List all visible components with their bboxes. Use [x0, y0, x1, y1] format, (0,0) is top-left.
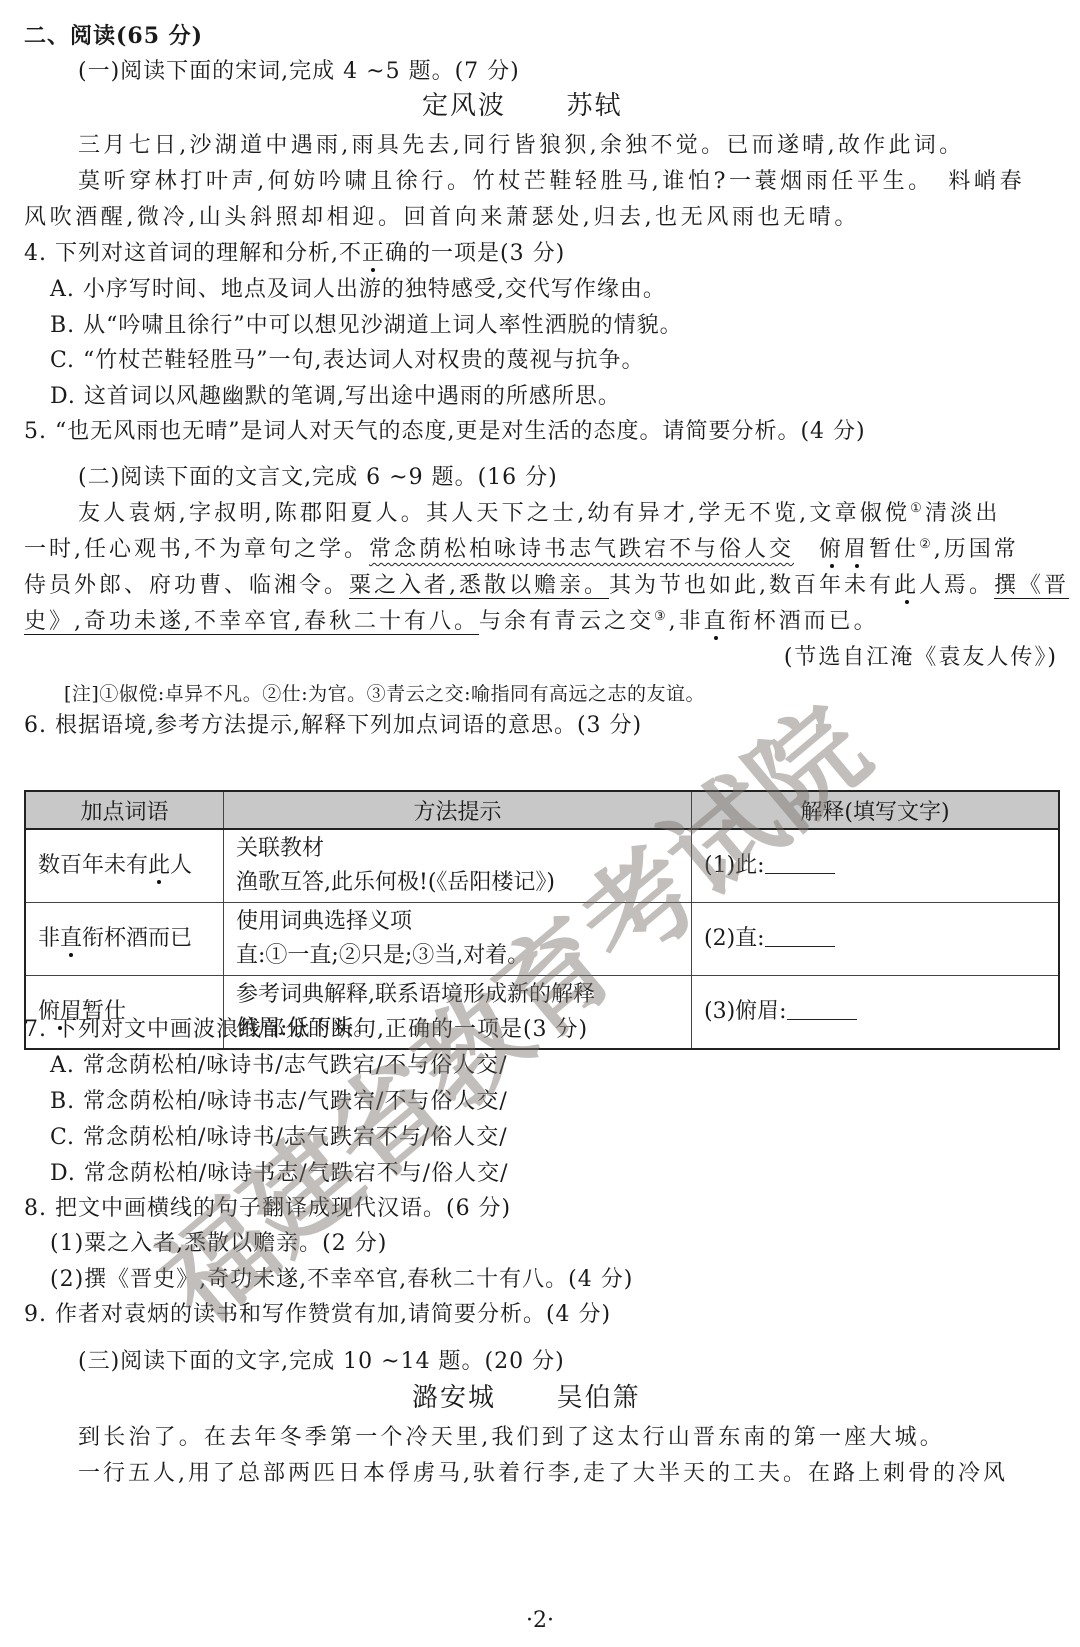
- hint-method: 关联教材: [236, 832, 679, 866]
- part2-instruction: (二)阅读下面的文言文,完成 6 ~9 题。(16 分): [78, 464, 558, 492]
- poem-preface: 三月七日,沙湖道中遇雨,雨具先去,同行皆狼狈,余独不觉。已而遂晴,故作此词。: [78, 132, 964, 160]
- exam-page: 二、阅读(65 分) (一)阅读下面的宋词,完成 4 ~5 题。(7 分) 定风…: [0, 0, 1080, 1647]
- dotted-char: 直: [60, 926, 82, 951]
- method-hint-cell: 使用词典选择义项直:①一直;②只是;③当,对着。: [224, 903, 692, 976]
- passage-text: 其为节也如此,数百年未有: [609, 573, 894, 598]
- poem-title-row: 定风波 苏轼: [422, 92, 623, 120]
- phrase-text: 人: [170, 853, 192, 878]
- part3-instruction: (三)阅读下面的文字,完成 10 ~14 题。(20 分): [78, 1348, 565, 1376]
- table-header-row: 加点词语 方法提示 解释(填写文字): [25, 791, 1059, 829]
- hint-detail: 渔歌互答,此乐何极!(《岳阳楼记》): [236, 866, 679, 900]
- underlined-sentence-2-end: 史》,奇功未遂,不幸卒官,春秋二十有八。: [24, 609, 479, 634]
- hint-method: 参考词典解释,联系语境形成新的解释: [236, 978, 679, 1012]
- passage-text: 衔杯酒而已。: [729, 609, 879, 634]
- passage-text: 暂仕: [869, 537, 919, 562]
- essay-line-2: 一行五人,用了总部两匹日本俘虏马,驮着行李,走了大半天的工夫。在路上刺骨的冷风: [78, 1460, 1008, 1488]
- essay-title: 潞安城: [412, 1383, 496, 1413]
- passage-text: 侍员外郎、府功曹、临湘令。: [24, 573, 349, 598]
- table-row: 非直衔杯酒而已 使用词典选择义项直:①一直;②只是;③当,对着。 (2)直:: [25, 903, 1059, 976]
- wavy-underlined-text: 常念荫松柏咏诗书志气跌宕不与俗人交: [369, 537, 794, 562]
- dotted-phrase-cell: 非直衔杯酒而已: [25, 903, 224, 976]
- passage-text: ,非: [669, 609, 704, 634]
- dotted-char: 直: [704, 609, 729, 634]
- dotted-char: 此: [894, 573, 919, 598]
- answer-cell: (2)直:: [692, 903, 1060, 976]
- q8-item-2: (2)撰《晋史》,奇功未遂,不幸卒官,春秋二十有八。(4 分): [50, 1266, 633, 1294]
- q4-dotted-text: 不正确: [339, 241, 408, 266]
- footnote-ref-1: ①: [910, 501, 925, 516]
- q7-option-a: A. 常念荫松柏/咏诗书/志气跌宕/不与俗人交/: [50, 1052, 508, 1080]
- q4-option-a: A. 小序写时间、地点及词人出游的独特感受,交代写作缘由。: [50, 276, 666, 304]
- passage-line-3: 侍员外郎、府功曹、临湘令。粟之入者,悉散以赡亲。其为节也如此,数百年未有此人焉。…: [24, 572, 1069, 600]
- answer-label: (2)直:: [704, 926, 765, 951]
- answer-blank[interactable]: [765, 853, 835, 874]
- table-header: 解释(填写文字): [692, 791, 1060, 829]
- underlined-sentence-1: 粟之入者,悉散以赡亲。: [349, 573, 609, 598]
- page-number: ·2·: [0, 1608, 1080, 1633]
- q5-stem: 5. “也无风雨也无晴”是词人对天气的态度,更是对生活的态度。请简要分析。(4 …: [24, 418, 866, 446]
- passage-text: 与余有青云之交: [479, 609, 654, 634]
- answer-blank[interactable]: [787, 999, 857, 1020]
- footnote-ref-2: ②: [919, 537, 934, 552]
- passage-text: 友人袁炳,字叔明,陈郡阳夏人。其人天下之士,幼有异才,学无不览,文章俶傥: [78, 501, 910, 526]
- q8-item-1: (1)粟之入者,悉散以赡亲。(2 分): [50, 1230, 387, 1258]
- q4-emphasis: 不正确: [339, 241, 408, 266]
- poem-line-2: 风吹酒醒,微冷,山头斜照却相迎。回首向来萧瑟处,归去,也无风雨也无晴。: [24, 204, 860, 232]
- passage-line-2: 一时,任心观书,不为章句之学。常念荫松柏咏诗书志气跌宕不与俗人交 俯眉暂仕②,历…: [24, 536, 1019, 564]
- dotted-char: 俯: [819, 537, 844, 562]
- phrase-text: 数百年未有: [38, 853, 148, 878]
- essay-author: 吴伯箫: [557, 1383, 641, 1413]
- q6-stem: 6. 根据语境,参考方法提示,解释下列加点词语的意思。(3 分): [24, 712, 642, 740]
- passage-text: ,历国常: [934, 537, 1019, 562]
- q4-option-c: C. “竹杖芒鞋轻胜马”一句,表达词人对权贵的蔑视与抗争。: [50, 347, 645, 375]
- poem-title: 定风波: [422, 91, 506, 121]
- answer-cell: (1)此:: [692, 829, 1060, 903]
- q4-option-b: B. 从“吟啸且徐行”中可以想见沙湖道上词人率性洒脱的情貌。: [50, 312, 683, 340]
- passage-notes: [注]①俶傥:卓异不凡。②仕:为官。③青云之交:喻指同有高远之志的友谊。: [64, 680, 705, 708]
- passage-text: 一时,任心观书,不为章句之学。: [24, 537, 369, 562]
- part1-instruction: (一)阅读下面的宋词,完成 4 ~5 题。(7 分): [78, 58, 520, 86]
- answer-label: (1)此:: [704, 853, 765, 878]
- passage-line-4: 史》,奇功未遂,不幸卒官,春秋二十有八。与余有青云之交③,非直衔杯酒而已。: [24, 608, 879, 636]
- q7-option-c: C. 常念荫松柏/咏诗书/志气跌宕不与/俗人交/: [50, 1124, 508, 1152]
- q4-option-d: D. 这首词以风趣幽默的笔调,写出途中遇雨的所感所思。: [50, 383, 621, 411]
- table-header: 加点词语: [25, 791, 224, 829]
- section-heading: 二、阅读(65 分): [24, 22, 203, 50]
- q6-table: 加点词语 方法提示 解释(填写文字) 数百年未有此人 关联教材渔歌互答,此乐何极…: [24, 790, 1060, 1050]
- table-header: 方法提示: [224, 791, 692, 829]
- table-row: 数百年未有此人 关联教材渔歌互答,此乐何极!(《岳阳楼记》) (1)此:: [25, 829, 1059, 903]
- q4-stem: 4. 下列对这首词的理解和分析,不正确的一项是(3 分): [24, 240, 565, 268]
- essay-line-1: 到长治了。在去年冬季第一个冷天里,我们到了这太行山晋东南的第一座大城。: [78, 1424, 945, 1452]
- answer-cell: (3)俯眉:: [692, 976, 1060, 1050]
- answer-label: (3)俯眉:: [704, 999, 787, 1024]
- q9-stem: 9. 作者对袁炳的读书和写作赞赏有加,请简要分析。(4 分): [24, 1301, 611, 1329]
- answer-blank[interactable]: [765, 926, 835, 947]
- q7-option-b: B. 常念荫松柏/咏诗书志/气跌宕/不与俗人交/: [50, 1088, 508, 1116]
- q4-stem-prefix: 4. 下列对这首词的理解和分析,: [24, 241, 339, 266]
- underlined-sentence-2-start: 撰《晋: [994, 573, 1069, 598]
- dotted-phrase-cell: 数百年未有此人: [25, 829, 224, 903]
- phrase-text: 衔杯酒而已: [82, 926, 192, 951]
- passage-text: [794, 537, 819, 562]
- passage-source: (节选自江淹《袁友人传》): [784, 644, 1058, 672]
- q8-stem: 8. 把文中画横线的句子翻译成现代汉语。(6 分): [24, 1195, 511, 1223]
- dotted-char: 此: [148, 853, 170, 878]
- passage-text: 清淡出: [925, 501, 1001, 526]
- phrase-text: 非: [38, 926, 60, 951]
- essay-title-row: 潞安城 吴伯箫: [412, 1384, 641, 1412]
- poem-author: 苏轼: [567, 91, 623, 121]
- hint-detail: 直:①一直;②只是;③当,对着。: [236, 939, 679, 973]
- q7-option-d: D. 常念荫松柏/咏诗书志/气跌宕不与/俗人交/: [50, 1160, 509, 1188]
- hint-method: 使用词典选择义项: [236, 905, 679, 939]
- q7-stem: 7. 下列对文中画波浪线部分的断句,正确的一项是(3 分): [24, 1016, 588, 1044]
- dotted-char: 眉: [844, 537, 869, 562]
- poem-line-1: 莫听穿林打叶声,何妨吟啸且徐行。竹杖芒鞋轻胜马,谁怕?一蓑烟雨任平生。 料峭春: [78, 168, 1025, 196]
- q4-stem-suffix: 的一项是(3 分): [408, 241, 565, 266]
- passage-text: 人焉。: [919, 573, 994, 598]
- footnote-ref-3: ③: [654, 609, 669, 624]
- method-hint-cell: 关联教材渔歌互答,此乐何极!(《岳阳楼记》): [224, 829, 692, 903]
- passage-line-1: 友人袁炳,字叔明,陈郡阳夏人。其人天下之士,幼有异才,学无不览,文章俶傥①清淡出: [78, 500, 1001, 528]
